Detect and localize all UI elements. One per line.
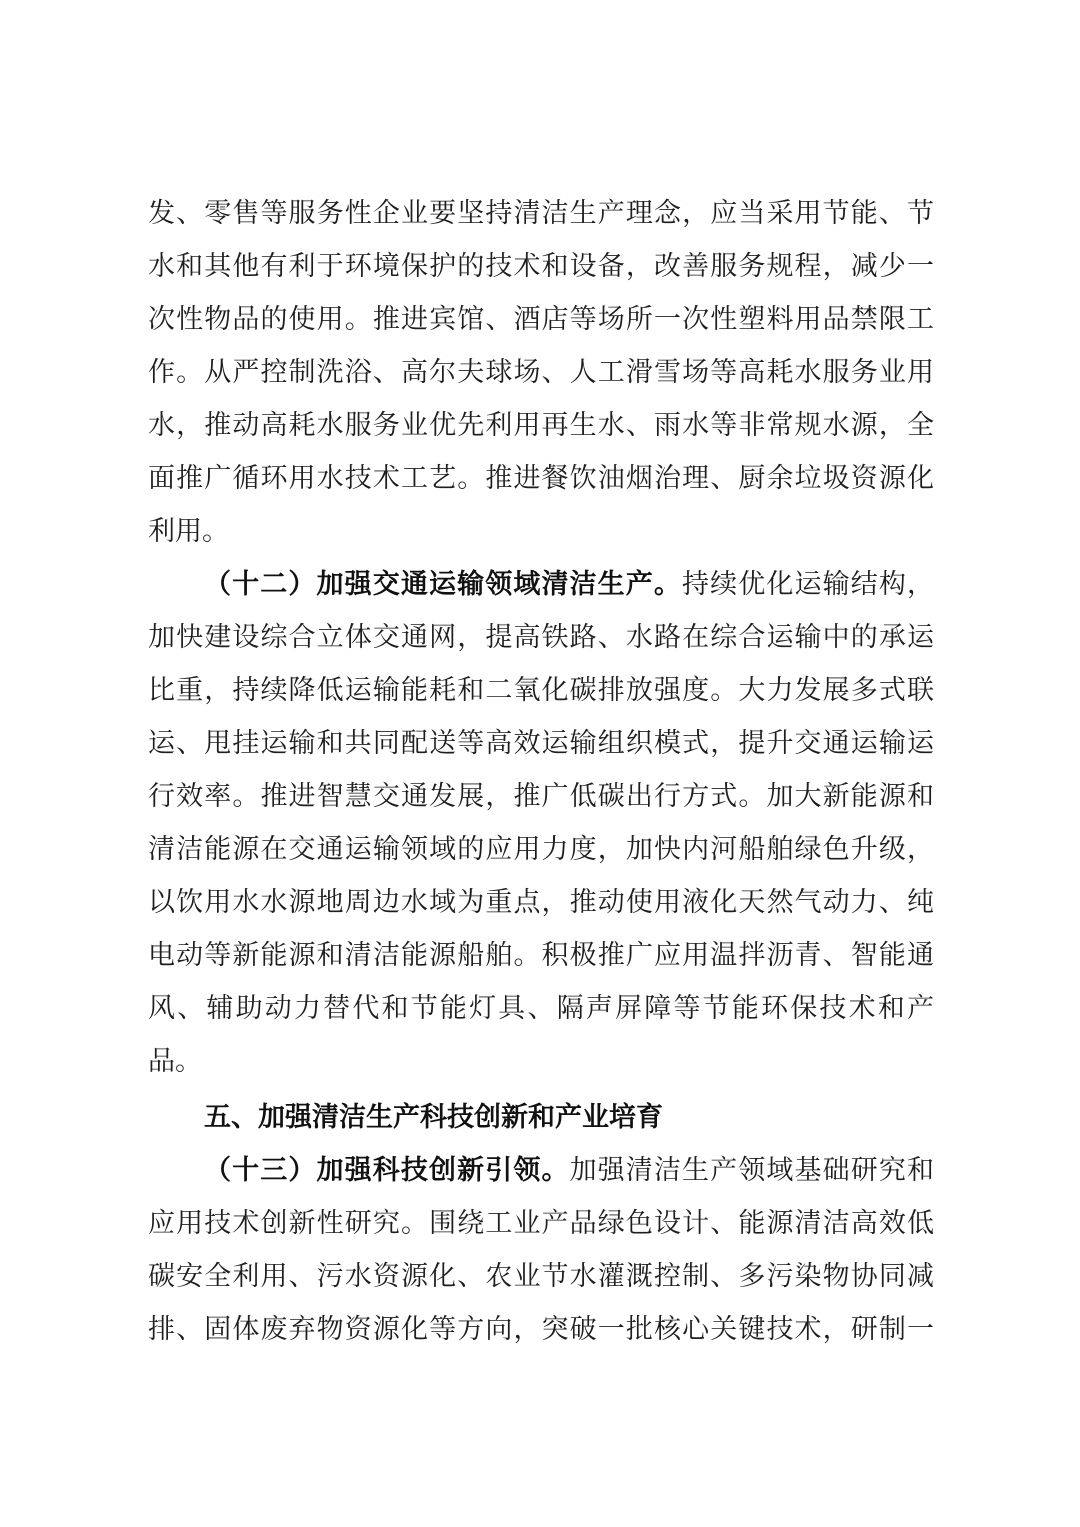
paragraph-line: 运、甩挂运输和共同配送等高效运输组织模式，提升交通运输运: [148, 724, 934, 764]
document-page: 发、零售等服务性企业要坚持清洁生产理念，应当采用节能、节 水和其他有利于环境保护…: [0, 0, 1080, 1527]
subheading-13: （十三）加强科技创新引领。: [204, 1155, 570, 1186]
paragraph-line: 行效率。推进智慧交通发展，推广低碳出行方式。加大新能源和: [148, 777, 934, 817]
subheading-12: （十二）加强交通运输领域清洁生产。: [204, 569, 682, 600]
paragraph-line: 以饮用水水源地周边水域为重点，推动使用液化天然气动力、纯: [148, 883, 934, 923]
paragraph-line: 品。: [148, 1042, 934, 1082]
paragraph-line: 加快建设综合立体交通网，提高铁路、水路在综合运输中的承运: [148, 618, 934, 658]
paragraph-line: 电动等新能源和清洁能源船舶。积极推广应用温拌沥青、智能通: [148, 936, 934, 976]
paragraph-text: 持续优化运输结构，: [682, 569, 934, 600]
paragraph-line: 风、辅助动力替代和节能灯具、隔声屏障等节能环保技术和产: [148, 989, 934, 1029]
paragraph-line: 利用。: [148, 512, 934, 552]
paragraph-first-line: （十三）加强科技创新引领。加强清洁生产领域基础研究和: [204, 1151, 934, 1191]
paragraph-line: 次性物品的使用。推进宾馆、酒店等场所一次性塑料用品禁限工: [148, 300, 934, 340]
paragraph-line: 水，推动高耗水服务业优先利用再生水、雨水等非常规水源，全: [148, 406, 934, 446]
paragraph-text: 加强清洁生产领域基础研究和: [570, 1155, 934, 1186]
paragraph-line: 水和其他有利于环境保护的技术和设备，改善服务规程，减少一: [148, 247, 934, 287]
paragraph-line: 碳安全利用、污水资源化、农业节水灌溉控制、多污染物协同减: [148, 1257, 934, 1297]
paragraph-first-line: （十二）加强交通运输领域清洁生产。持续优化运输结构，: [204, 565, 934, 605]
paragraph-line: 面推广循环用水技术工艺。推进餐饮油烟治理、厨余垃圾资源化: [148, 459, 934, 499]
section-heading: 五、加强清洁生产科技创新和产业培育: [204, 1098, 663, 1138]
paragraph-line: 比重，持续降低运输能耗和二氧化碳排放强度。大力发展多式联: [148, 671, 934, 711]
paragraph-line: 应用技术创新性研究。围绕工业产品绿色设计、能源清洁高效低: [148, 1204, 934, 1244]
paragraph-line: 作。从严控制洗浴、高尔夫球场、人工滑雪场等高耗水服务业用: [148, 353, 934, 393]
paragraph-line: 排、固体废弃物资源化等方向，突破一批核心关键技术，研制一: [148, 1310, 934, 1350]
paragraph-line: 发、零售等服务性企业要坚持清洁生产理念，应当采用节能、节: [148, 194, 934, 234]
paragraph-line: 清洁能源在交通运输领域的应用力度，加快内河船舶绿色升级，: [148, 830, 934, 870]
